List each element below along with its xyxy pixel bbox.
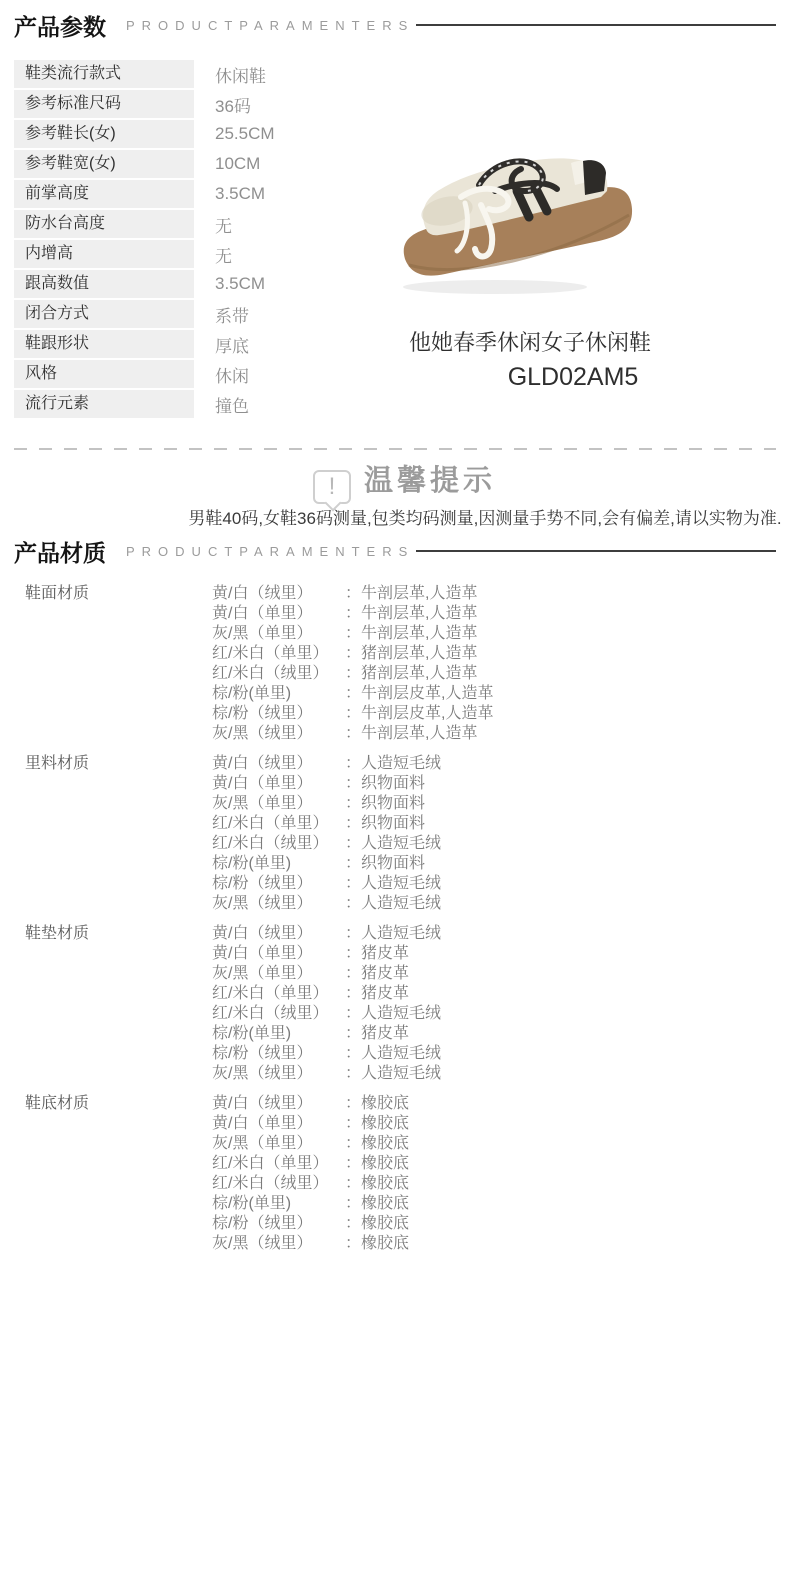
param-value: 36码 [215,92,251,117]
section-header-params: 产品参数 PRODUCTPARAMENTERS [14,10,776,40]
material-value: ：猪皮革 [345,944,409,964]
list-item: 红/米白（单里）：猪剖层革,人造革 [212,644,790,664]
param-label: 鞋跟形状 [14,330,194,358]
list-item: 棕/粉（绒里）：橡胶底 [212,1214,790,1234]
param-label: 内增高 [14,240,194,268]
variant-name: 红/米白（单里） [212,1154,345,1174]
param-value: 无 [215,212,232,237]
material-value: ：牛剖层革,人造革 [345,604,477,624]
variant-name: 棕/粉（绒里） [212,1214,345,1234]
variant-name: 灰/黑（单里） [212,624,345,644]
product-image [395,145,635,300]
material-rows: 黄/白（绒里）：牛剖层革,人造革 黄/白（单里）：牛剖层革,人造革 灰/黑（单里… [212,584,790,744]
material-section-lining: 里料材质 黄/白（绒里）：人造短毛绒 黄/白（单里）：织物面料 灰/黑（单里）：… [0,754,790,914]
variant-name: 灰/黑（绒里） [212,724,345,744]
param-value: 休闲 [215,362,249,387]
list-item: 灰/黑（绒里）：牛剖层革,人造革 [212,724,790,744]
list-item: 棕/粉(单里)：橡胶底 [212,1194,790,1214]
table-row: 流行元素 撞色 [14,390,714,418]
variant-name: 棕/粉（绒里） [212,1044,345,1064]
variant-name: 黄/白（单里） [212,604,345,624]
material-section-label: 鞋垫材质 [0,924,212,1084]
product-title: 他她春季休闲女子休闲鞋 [350,326,710,357]
variant-name: 黄/白（绒里） [212,1094,345,1114]
product-model-code: GLD02AM5 [350,363,790,392]
param-label: 防水台高度 [14,210,194,238]
list-item: 棕/粉（绒里）：人造短毛绒 [212,1044,790,1064]
list-item: 灰/黑（单里）：猪皮革 [212,964,790,984]
sneaker-illustration [395,145,635,300]
list-item: 黄/白（单里）：织物面料 [212,774,790,794]
material-value: ：织物面料 [345,794,425,814]
variant-name: 灰/黑（绒里） [212,1234,345,1254]
material-value: ：橡胶底 [345,1114,409,1134]
list-item: 黄/白（单里）：牛剖层革,人造革 [212,604,790,624]
list-item: 灰/黑（单里）：牛剖层革,人造革 [212,624,790,644]
variant-name: 棕/粉（绒里） [212,874,345,894]
heel-tab-black [583,160,606,195]
variant-name: 棕/粉（绒里） [212,704,345,724]
material-value: ：人造短毛绒 [345,894,441,914]
product-detail-page: 产品参数 PRODUCTPARAMENTERS 鞋类流行款式 休闲鞋 参考标准尺… [0,0,790,1570]
material-value: ：织物面料 [345,854,425,874]
table-row: 闭合方式 系带 [14,300,714,328]
material-value: ：橡胶底 [345,1214,409,1234]
variant-name: 红/米白（单里） [212,814,345,834]
list-item: 红/米白（绒里）：人造短毛绒 [212,834,790,854]
param-label: 前掌高度 [14,180,194,208]
variant-name: 红/米白（单里） [212,644,345,664]
material-value: ：人造短毛绒 [345,834,441,854]
param-value: 10CM [215,154,260,174]
material-value: ：人造短毛绒 [345,1044,441,1064]
param-value: 3.5CM [215,184,265,204]
list-item: 红/米白（绒里）：人造短毛绒 [212,1004,790,1024]
material-value: ：牛剖层皮革,人造革 [345,704,493,724]
shoe-shadow [403,280,587,294]
variant-name: 灰/黑（绒里） [212,1064,345,1084]
variant-name: 黄/白（绒里） [212,754,345,774]
header-rule-line [416,24,776,26]
variant-name: 棕/粉(单里) [212,684,345,704]
material-value: ：牛剖层皮革,人造革 [345,684,493,704]
material-value: ：猪皮革 [345,1024,409,1044]
material-value: ：牛剖层革,人造革 [345,724,477,744]
variant-name: 灰/黑（单里） [212,964,345,984]
variant-name: 红/米白（绒里） [212,834,345,854]
material-value: ：人造短毛绒 [345,1004,441,1024]
material-rows: 黄/白（绒里）：人造短毛绒 黄/白（单里）：织物面料 灰/黑（单里）：织物面料 … [212,754,790,914]
list-item: 棕/粉(单里)：牛剖层皮革,人造革 [212,684,790,704]
material-section-label: 鞋面材质 [0,584,212,744]
param-label: 风格 [14,360,194,388]
variant-name: 红/米白（绒里） [212,1174,345,1194]
material-value: ：橡胶底 [345,1174,409,1194]
variant-name: 黄/白（单里） [212,1114,345,1134]
material-value: ：猪剖层革,人造革 [345,664,477,684]
param-value: 撞色 [215,392,249,417]
material-section-label: 鞋底材质 [0,1094,212,1254]
list-item: 黄/白（单里）：猪皮革 [212,944,790,964]
materials-list: 鞋面材质 黄/白（绒里）：牛剖层革,人造革 黄/白（单里）：牛剖层革,人造革 灰… [0,584,790,1264]
section-subtitle: PRODUCTPARAMENTERS [126,544,414,559]
variant-name: 红/米白（绒里） [212,1004,345,1024]
material-section-label: 里料材质 [0,754,212,914]
list-item: 红/米白（绒里）：猪剖层革,人造革 [212,664,790,684]
variant-name: 棕/粉(单里) [212,1194,345,1214]
section-title: 产品参数 [14,9,106,42]
list-item: 红/米白（单里）：橡胶底 [212,1154,790,1174]
dashed-divider [14,448,776,450]
material-value: ：人造短毛绒 [345,1064,441,1084]
list-item: 黄/白（绒里）：牛剖层革,人造革 [212,584,790,604]
material-value: ：橡胶底 [345,1134,409,1154]
variant-name: 棕/粉(单里) [212,1024,345,1044]
material-section-upper: 鞋面材质 黄/白（绒里）：牛剖层革,人造革 黄/白（单里）：牛剖层革,人造革 灰… [0,584,790,744]
material-value: ：猪皮革 [345,984,409,1004]
list-item: 红/米白（单里）：织物面料 [212,814,790,834]
header-rule-line [416,550,776,552]
variant-name: 红/米白（绒里） [212,664,345,684]
list-item: 灰/黑（绒里）：橡胶底 [212,1234,790,1254]
material-rows: 黄/白（绒里）：人造短毛绒 黄/白（单里）：猪皮革 灰/黑（单里）：猪皮革 红/… [212,924,790,1084]
tips-note: 男鞋40码,女鞋36码测量,包类均码测量,因测量手势不同,会有偏差,请以实物为准… [180,504,790,529]
variant-name: 黄/白（单里） [212,944,345,964]
param-value: 无 [215,242,232,267]
param-label: 参考标准尺码 [14,90,194,118]
list-item: 黄/白（绒里）：人造短毛绒 [212,924,790,944]
material-section-outsole: 鞋底材质 黄/白（绒里）：橡胶底 黄/白（单里）：橡胶底 灰/黑（单里）：橡胶底… [0,1094,790,1254]
tips-title: 温馨提示 [364,458,496,499]
param-label: 参考鞋宽(女) [14,150,194,178]
variant-name: 红/米白（单里） [212,984,345,1004]
material-value: ：人造短毛绒 [345,754,441,774]
list-item: 红/米白（单里）：猪皮革 [212,984,790,1004]
param-value: 25.5CM [215,124,275,144]
param-value: 厚底 [215,332,249,357]
material-value: ：橡胶底 [345,1154,409,1174]
material-value: ：织物面料 [345,774,425,794]
param-label: 鞋类流行款式 [14,60,194,88]
variant-name: 黄/白（绒里） [212,584,345,604]
list-item: 灰/黑（绒里）：人造短毛绒 [212,894,790,914]
param-value: 休闲鞋 [215,62,266,87]
material-value: ：人造短毛绒 [345,924,441,944]
list-item: 灰/黑（单里）：橡胶底 [212,1134,790,1154]
param-value: 3.5CM [215,274,265,294]
table-row: 鞋类流行款式 休闲鞋 [14,60,714,88]
list-item: 灰/黑（绒里）：人造短毛绒 [212,1064,790,1084]
material-value: ：牛剖层革,人造革 [345,624,477,644]
list-item: 灰/黑（单里）：织物面料 [212,794,790,814]
list-item: 棕/粉（绒里）：牛剖层皮革,人造革 [212,704,790,724]
table-row: 参考标准尺码 36码 [14,90,714,118]
list-item: 黄/白（单里）：橡胶底 [212,1114,790,1134]
exclamation-bubble-icon: ! [313,470,351,504]
list-item: 棕/粉(单里)：猪皮革 [212,1024,790,1044]
material-value: ：牛剖层革,人造革 [345,584,477,604]
param-label: 流行元素 [14,390,194,418]
section-header-materials: 产品材质 PRODUCTPARAMENTERS [14,536,776,566]
material-value: ：橡胶底 [345,1194,409,1214]
material-section-insole: 鞋垫材质 黄/白（绒里）：人造短毛绒 黄/白（单里）：猪皮革 灰/黑（单里）：猪… [0,924,790,1084]
list-item: 黄/白（绒里）：人造短毛绒 [212,754,790,774]
list-item: 红/米白（绒里）：橡胶底 [212,1174,790,1194]
param-label: 参考鞋长(女) [14,120,194,148]
variant-name: 灰/黑（单里） [212,1134,345,1154]
material-value: ：橡胶底 [345,1094,409,1114]
material-value: ：橡胶底 [345,1234,409,1254]
variant-name: 黄/白（单里） [212,774,345,794]
material-value: ：织物面料 [345,814,425,834]
section-subtitle: PRODUCTPARAMENTERS [126,18,414,33]
section-title: 产品材质 [14,535,106,568]
param-label: 闭合方式 [14,300,194,328]
material-rows: 黄/白（绒里）：橡胶底 黄/白（单里）：橡胶底 灰/黑（单里）：橡胶底 红/米白… [212,1094,790,1254]
list-item: 棕/粉（绒里）：人造短毛绒 [212,874,790,894]
param-label: 跟高数值 [14,270,194,298]
variant-name: 黄/白（绒里） [212,924,345,944]
variant-name: 棕/粉(单里) [212,854,345,874]
param-value: 系带 [215,302,249,327]
material-value: ：猪剖层革,人造革 [345,644,477,664]
list-item: 黄/白（绒里）：橡胶底 [212,1094,790,1114]
variant-name: 灰/黑（绒里） [212,894,345,914]
table-row: 参考鞋长(女) 25.5CM [14,120,714,148]
list-item: 棕/粉(单里)：织物面料 [212,854,790,874]
material-value: ：人造短毛绒 [345,874,441,894]
variant-name: 灰/黑（单里） [212,794,345,814]
material-value: ：猪皮革 [345,964,409,984]
